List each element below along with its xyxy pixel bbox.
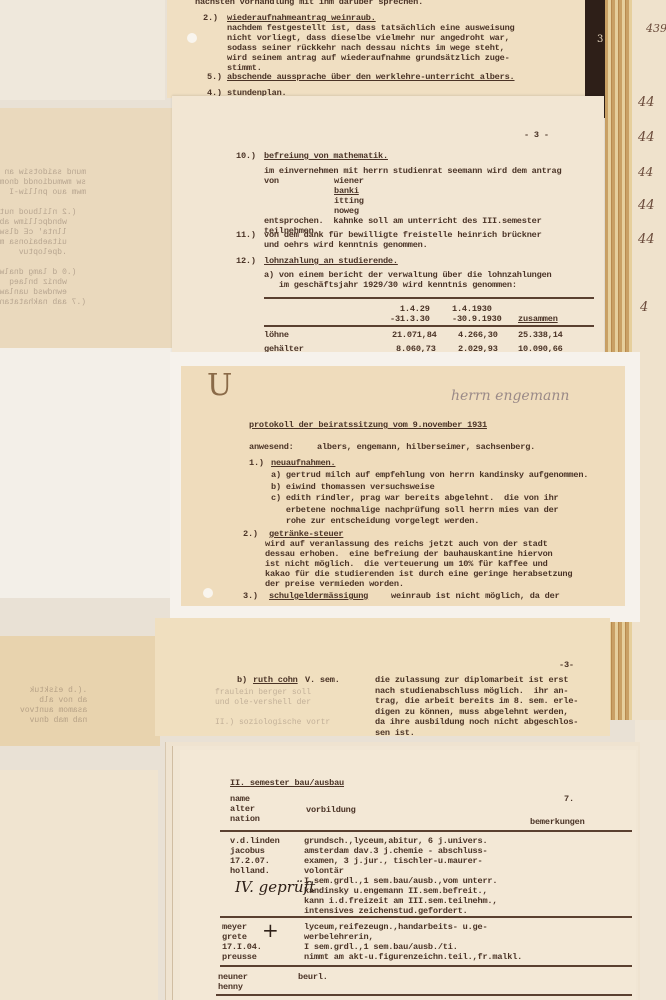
roster-vorbildung: grundsch.,lyceum,abitur, 6 j.univers. am… — [304, 836, 497, 916]
table-rule — [264, 325, 594, 327]
handwritten-annotation: + — [262, 918, 279, 942]
document-title: protokoll der beiratssitzung vom 9.novem… — [249, 420, 487, 430]
paperclip-mark: U — [207, 368, 232, 403]
page-number: 7. — [564, 794, 574, 804]
item-number: 2.) — [243, 529, 258, 539]
handwritten-note: herrn engemann — [451, 388, 569, 404]
document-page-top: nachsten vorhandlung mit ihm darüber spr… — [167, 0, 585, 98]
left-sheet-top — [0, 0, 165, 100]
table-header: zusammen — [518, 314, 558, 324]
left-sheet-white — [0, 348, 180, 598]
item-title: abschende aussprache über den werklehre-… — [227, 72, 515, 82]
name-list-item: noweg — [334, 206, 359, 216]
item-number: 12.) — [236, 256, 256, 266]
item-label: b) — [237, 675, 247, 685]
ledger-number: 44 — [638, 165, 653, 179]
item-number: 3.) — [243, 591, 258, 601]
roster-title: II. semester bau/ausbau — [230, 778, 344, 788]
left-sheet-translucent: mund saidotsiw an a sw mwmudiondd dnomt … — [0, 108, 172, 348]
punch-hole — [187, 33, 197, 43]
table-cell: löhne — [264, 330, 289, 340]
item-body: a) von einem bericht der verwaltung über… — [264, 270, 552, 290]
item-body: im einvernehmen mit herrn studienrat see… — [264, 166, 561, 186]
name-list-item: banki — [334, 186, 359, 196]
table-rule — [220, 965, 632, 967]
table-cell: 4.266,30 — [458, 330, 498, 340]
table-rule — [220, 830, 632, 832]
roster-name: meyer grete 17.I.04. preusse — [222, 922, 262, 962]
item-body: weinraub ist nicht möglich, da der — [391, 591, 560, 601]
table-rule — [220, 916, 632, 918]
table-cell: 21.071,84 — [392, 330, 437, 340]
item-title: lohnzahlung an studierende. — [264, 256, 398, 266]
item-number: 5.) — [207, 72, 222, 82]
item-title: wiederaufnahmeantrag weinraub. — [227, 13, 376, 23]
roster-name: neuner henny — [218, 972, 248, 992]
item-title: getränke-steuer — [269, 529, 343, 539]
item-number: 10.) — [236, 151, 256, 161]
roster-vorbildung: lyceum,reifezeugn.,handarbeits- u.ge- we… — [304, 922, 522, 962]
roster-name: v.d.linden jacobus 17.2.07. holland. — [230, 836, 280, 876]
page-number: - 3 - — [524, 130, 549, 140]
roster-page: II. semester bau/ausbau 7. name alter na… — [180, 750, 636, 1000]
document-page-3: fraulein berger soll und ole-vershell de… — [155, 618, 610, 736]
item-body: von dem dank für bewilligte freistelle h… — [264, 230, 542, 250]
table-rule — [264, 297, 594, 299]
left-sheet-strip: .(.b eisktuk ab nov alb asamom auntvov n… — [0, 636, 160, 746]
column-header-vorbildung: vorbildung — [306, 805, 356, 815]
name-list-item: itting — [334, 196, 364, 206]
punch-hole — [203, 588, 213, 598]
item-title: befreiung von mathematik. — [264, 151, 388, 161]
ledger-number: 44 — [638, 232, 655, 247]
left-sheet-bottom — [0, 770, 158, 1000]
attendees: albers, engemann, hilberseimer, sachsenb… — [317, 442, 535, 452]
tab-number: 3 — [597, 34, 603, 45]
item-body: a) gertrud milch auf empfehlung von herr… — [271, 470, 588, 528]
item-body: nachdem festgestellt ist, dass tatsächli… — [227, 23, 515, 73]
attendees-label: anwesend: — [249, 442, 294, 452]
ledger-number: 44 — [638, 130, 655, 145]
item-body: die zulassung zur diplomarbeit ist erst … — [375, 675, 578, 736]
item-number: 11.) — [236, 230, 256, 240]
item-title: neuaufnahmen. — [271, 458, 335, 468]
ledger-number: 44 — [638, 95, 655, 110]
item-number: 2.) — [203, 13, 218, 23]
name-list-item: wiener — [334, 176, 364, 186]
column-header-name: name alter nation — [230, 794, 260, 824]
item-body: wird auf veranlassung des reichs jetzt a… — [265, 539, 572, 589]
handwritten-annotation: IV. geprüft — [235, 878, 315, 896]
ledger-number: 4 — [640, 300, 648, 315]
roster-vorbildung: beurl. — [298, 972, 328, 982]
protocol-page: U herrn engemann protokoll der beiratssi… — [181, 366, 625, 606]
item-title: schulgeldermässigung — [269, 591, 368, 601]
ledger-number: 44 — [638, 198, 655, 213]
ledger-number: 439 — [646, 22, 666, 35]
table-rule — [216, 994, 632, 996]
column-header-bemerkungen: bemerkungen — [530, 817, 585, 827]
text-line: nachsten vorhandlung mit ihm darüber spr… — [195, 0, 423, 7]
table-header: 1.4.29 -31.3.30 — [390, 304, 430, 324]
document-page-2: - 3 - 10.) befreiung von mathematik. im … — [172, 96, 604, 358]
item-number: 1.) — [249, 458, 264, 468]
semester: V. sem. — [305, 675, 340, 685]
student-name: ruth cohn — [253, 675, 298, 685]
table-cell: 25.338,14 — [518, 330, 563, 340]
table-header: 1.4.1930 -30.9.1930 — [452, 304, 502, 324]
page-number: -3- — [559, 660, 574, 670]
